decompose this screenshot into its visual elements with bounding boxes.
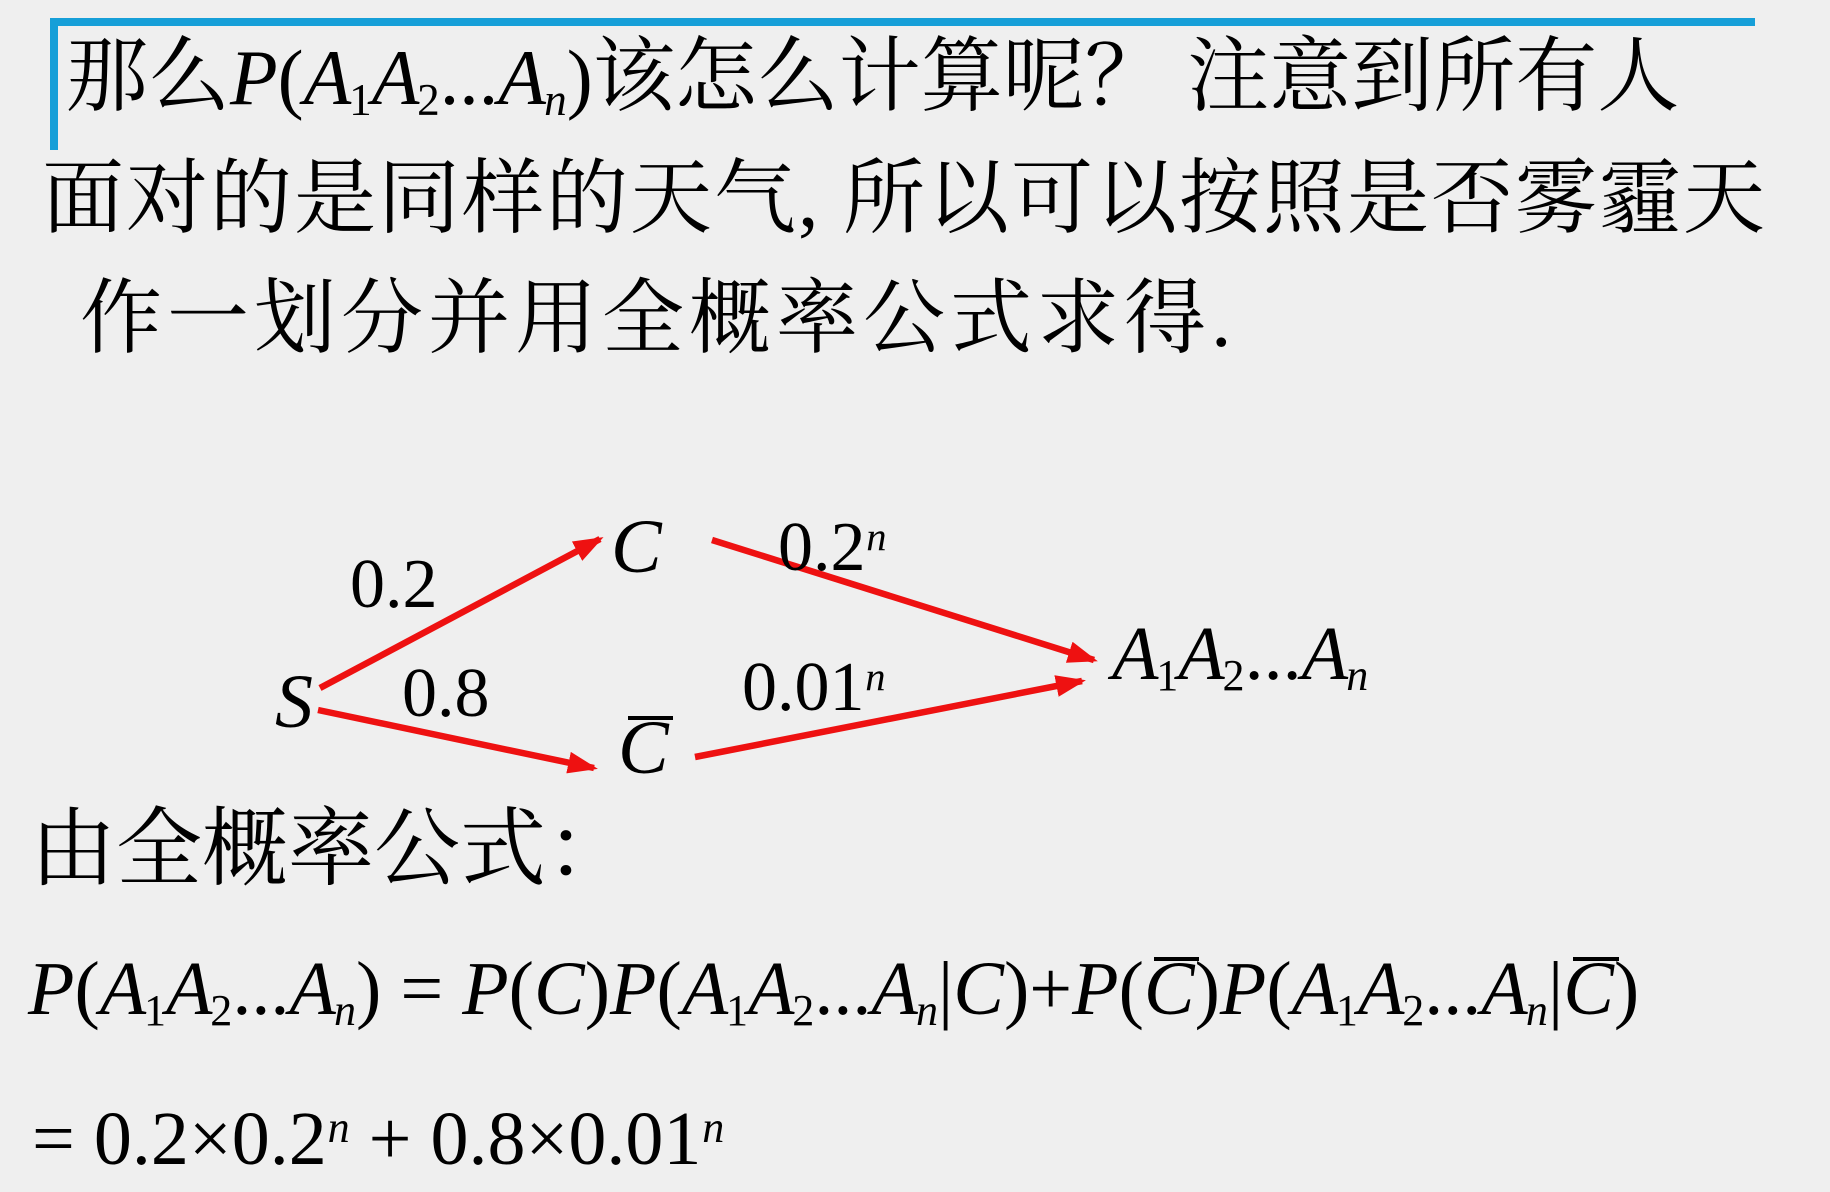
edge-probability-c-to-target: 0.2n bbox=[778, 513, 887, 583]
edge-probability-cbar-to-target: 0.01n bbox=[742, 653, 886, 723]
node-target-label: A1A2...An bbox=[1112, 616, 1368, 698]
total-probability-formula: P(A1A2...An) = P(C)P(A1A2...An|C)+P(C)P(… bbox=[28, 932, 1639, 1046]
edge-probability-s-to-cbar: 0.8 bbox=[402, 659, 490, 729]
formula-result-line: = 0.2×0.2n + 0.8×0.01n bbox=[32, 1082, 724, 1192]
lecture-slide: 那么P(A1A2...An)该怎么计算呢？ 注意到所有人 面对的是同样的天气, … bbox=[0, 0, 1830, 1192]
node-s-label: S bbox=[275, 664, 313, 740]
node-c-bar-label: C bbox=[618, 710, 669, 786]
node-c-label: C bbox=[611, 509, 662, 585]
total-probability-intro: 由全概率公式： bbox=[30, 796, 632, 904]
arrow-c-to-target bbox=[712, 540, 1094, 660]
edge-probability-s-to-c: 0.2 bbox=[350, 550, 438, 620]
